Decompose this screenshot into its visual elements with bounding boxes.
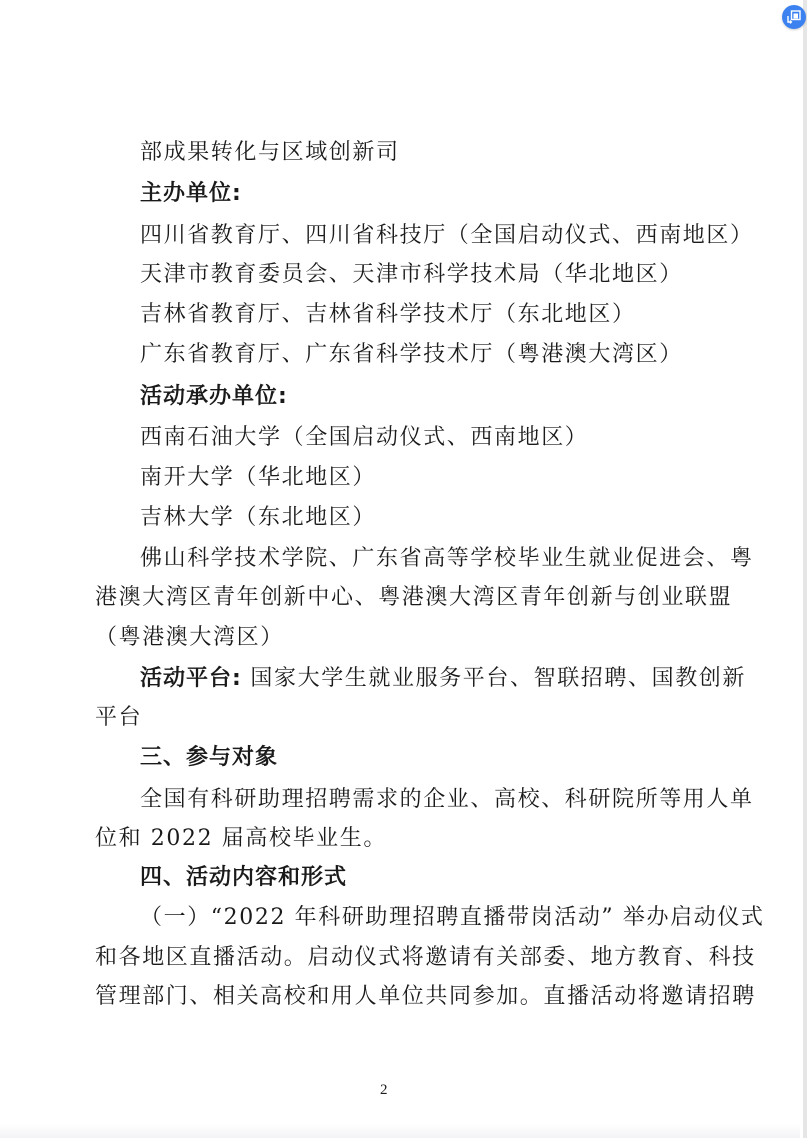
- platform-label: 活动平台:: [140, 666, 242, 691]
- text-line: 广东省教育厅、广东省科学技术厅（粤港澳大湾区）: [140, 341, 683, 369]
- document-page: 部成果转化与区域创新司 主办单位: 四川省教育厅、四川省科技厅（全国启动仪式、西…: [0, 0, 800, 1138]
- section-3-body: 位和 2022 届高校毕业生。: [95, 825, 387, 853]
- scrollbar[interactable]: [803, 0, 807, 1138]
- heading-hosts: 活动承办单位:: [140, 383, 288, 411]
- text-line: 吉林省教育厅、吉林省科学技术厅（东北地区）: [140, 301, 636, 329]
- section-3-body: 全国有科研助理招聘需求的企业、高校、科研院所等用人单: [140, 786, 754, 814]
- translate-screenshot-icon: [787, 10, 801, 24]
- text-line: 西南石油大学（全国启动仪式、西南地区）: [140, 424, 588, 452]
- page-number: 2: [380, 1082, 388, 1099]
- heading-organizers: 主办单位:: [140, 180, 242, 208]
- section-4-heading: 四、活动内容和形式: [140, 864, 347, 892]
- text-line: （粤港澳大湾区）: [95, 624, 284, 652]
- text-line: 吉林大学（东北地区）: [140, 504, 376, 532]
- page-bottom-edge: [0, 1124, 800, 1138]
- text-line: 佛山科学技术学院、广东省高等学校毕业生就业促进会、粤: [140, 545, 754, 573]
- text-line: 四川省教育厅、四川省科技厅（全国启动仪式、西南地区）: [140, 222, 754, 250]
- text-line: 天津市教育委员会、天津市科学技术局（华北地区）: [140, 261, 683, 289]
- text-line: 南开大学（华北地区）: [140, 464, 376, 492]
- platform-line: 活动平台: 国家大学生就业服务平台、智联招聘、国教创新: [140, 665, 746, 693]
- section-4-body: 和各地区直播活动。启动仪式将邀请有关部委、地方教育、科技: [95, 944, 756, 972]
- section-3-heading: 三、参与对象: [140, 744, 278, 772]
- platform-continuation: 平台: [95, 704, 142, 732]
- platform-text: 国家大学生就业服务平台、智联招聘、国教创新: [250, 666, 746, 691]
- section-4-body: （一）“2022 年科研助理招聘直播带岗活动” 举办启动仪式: [140, 904, 764, 932]
- text-line: 部成果转化与区域创新司: [140, 139, 400, 167]
- floating-action-button[interactable]: [782, 5, 806, 29]
- section-4-body: 管理部门、相关高校和用人单位共同参加。直播活动将邀请招聘: [95, 983, 756, 1011]
- text-line: 港澳大湾区青年创新中心、粤港澳大湾区青年创新与创业联盟: [95, 584, 732, 612]
